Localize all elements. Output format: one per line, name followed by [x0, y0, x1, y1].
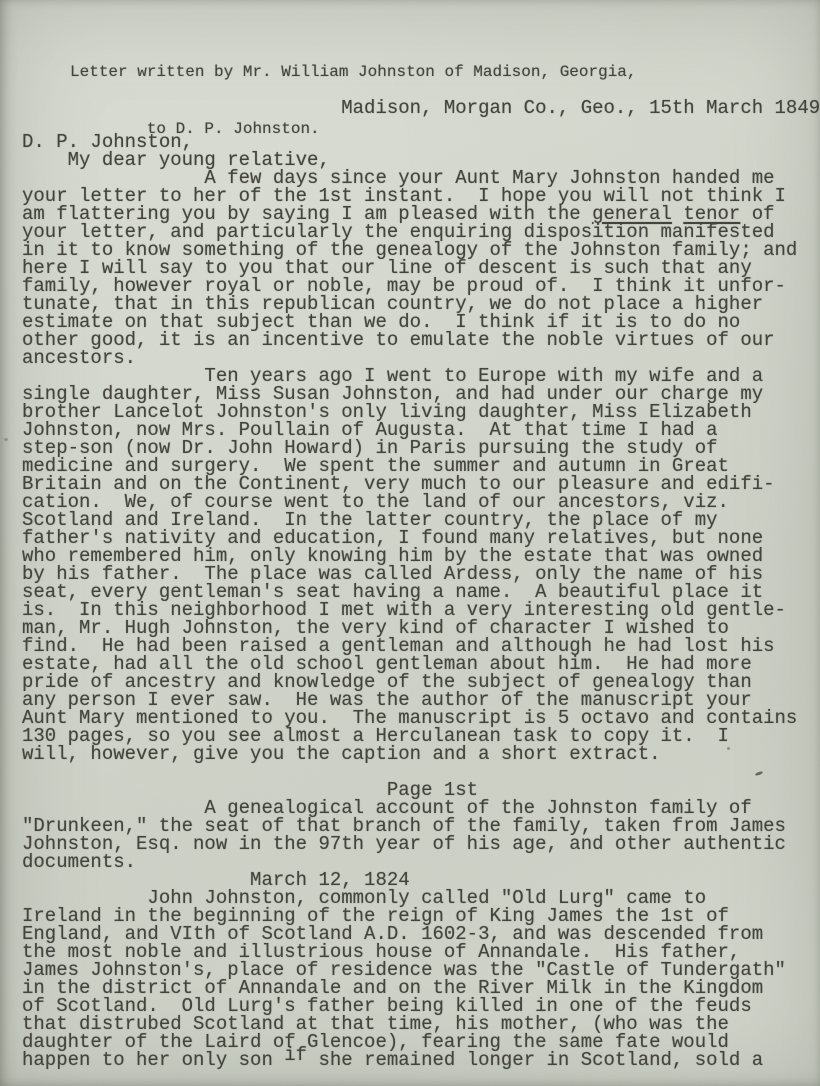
- dateline: Madison, Morgan Co., Geo., 15th March 18…: [22, 98, 820, 118]
- letter-line: will, however, give you the caption and …: [22, 745, 820, 763]
- letter-text: she remained longer in Scotland, sold a: [307, 1049, 763, 1071]
- letter-text: happen to her only son: [22, 1049, 284, 1071]
- letter-page: Letter written by Mr. William Johnston o…: [0, 0, 820, 1086]
- letter-line: Johnston, Esq. now in the 97th year of h…: [22, 835, 820, 853]
- ink-speck: [727, 747, 730, 750]
- letter-line: other good, it is an incentive to emulat…: [22, 331, 820, 349]
- heading-line-1: Letter written by Mr. William Johnston o…: [22, 63, 637, 82]
- letter-body: D. P. Johnston, My dear young relative, …: [22, 133, 820, 1069]
- raised-word: if: [284, 1046, 307, 1064]
- ink-speck: [4, 438, 8, 441]
- letter-line: happen to her only son if she remained l…: [22, 1051, 820, 1069]
